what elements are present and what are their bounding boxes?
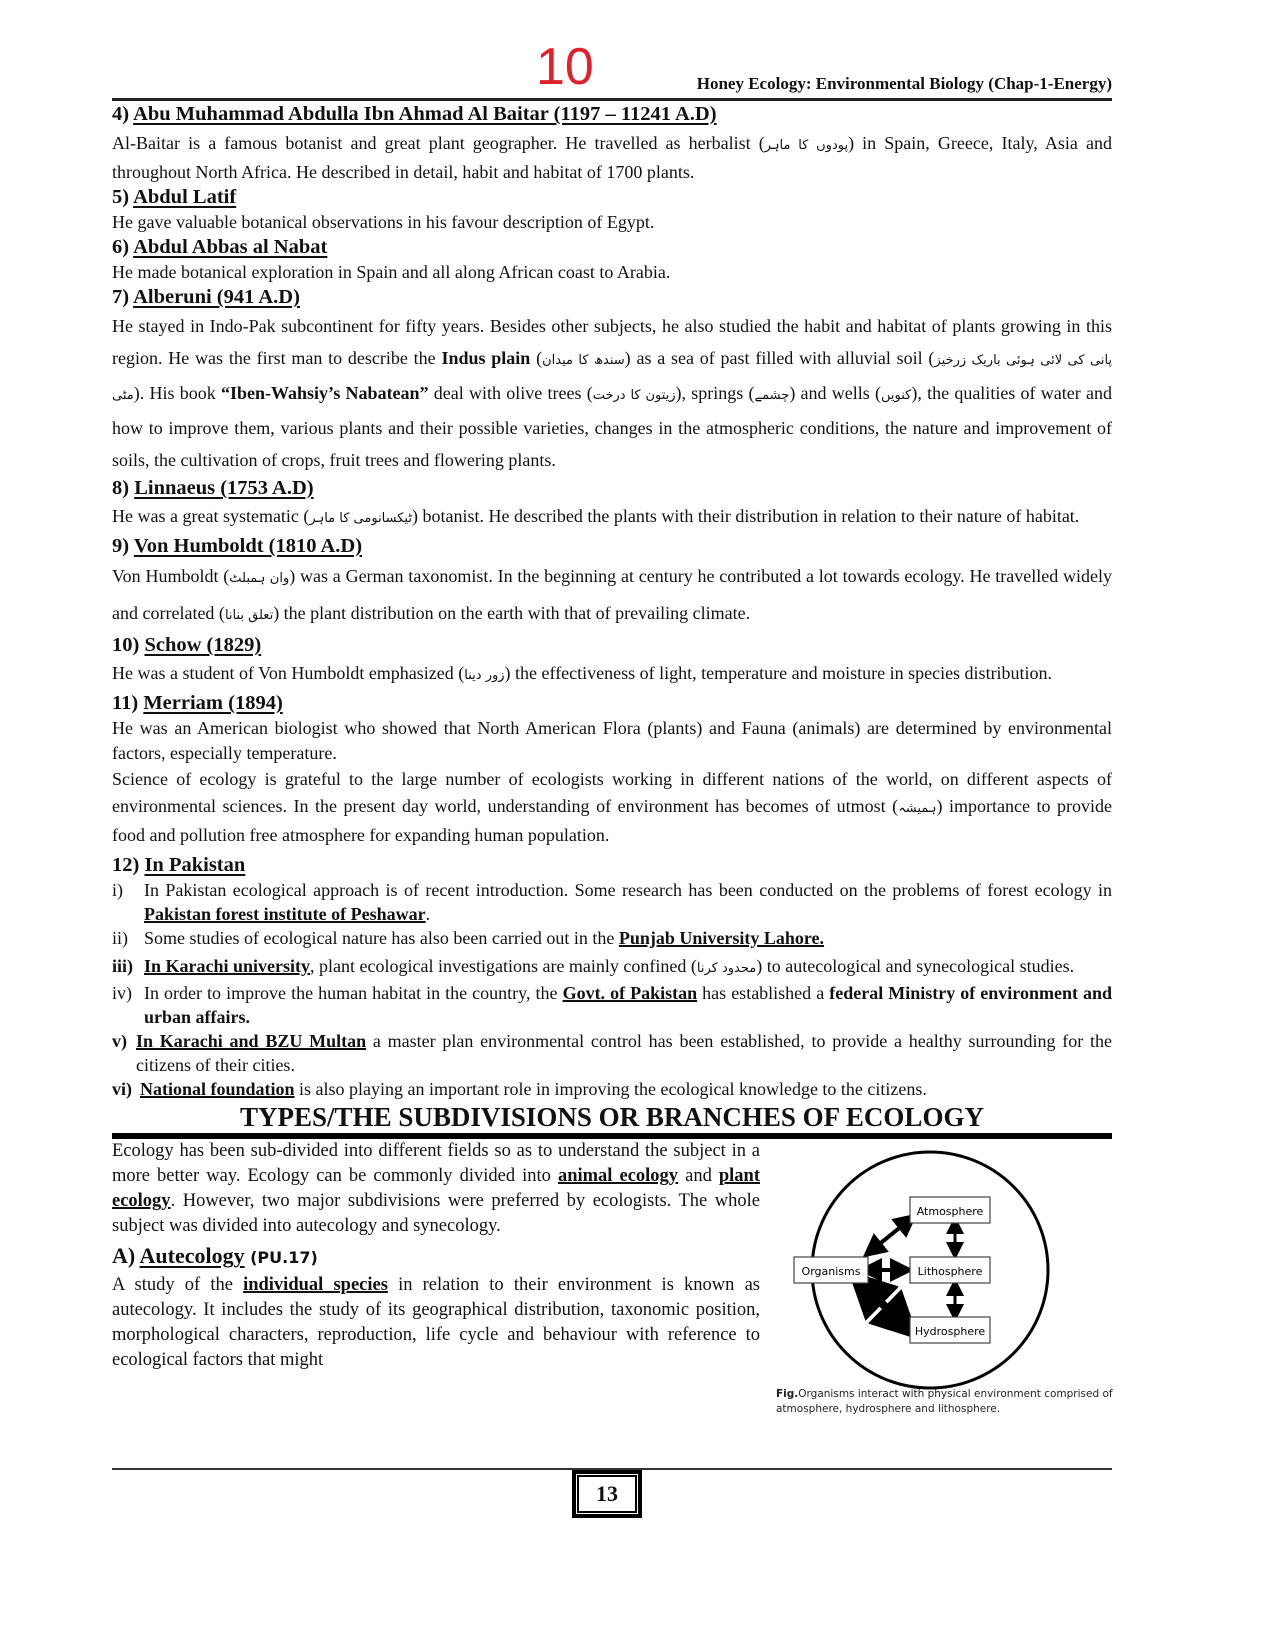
urdu-gloss: تعلق بنانا <box>225 608 273 623</box>
section-body-schow: He was a student of Von Humboldt emphasi… <box>112 658 1112 691</box>
urdu-gloss: ہمیشہ <box>898 801 936 816</box>
section-heading-schow: 10) Schow (1829) <box>112 633 1112 658</box>
types-text-column: Ecology has been sub-divided into differ… <box>112 1139 760 1373</box>
section-heading-abdul-abbas: 6) Abdul Abbas al Nabat <box>112 235 1112 260</box>
section-heading-alberuni: 7) Alberuni (941 A.D) <box>112 285 1112 310</box>
urdu-gloss: سندھ کا میدان <box>542 353 625 368</box>
section-body-abdul-abbas: He made botanical exploration in Spain a… <box>112 260 1112 285</box>
main-content: 4) Abu Muhammad Abdulla Ibn Ahmad Al Bai… <box>112 102 1112 1373</box>
box-hydrosphere: Hydrosphere <box>915 1325 986 1338</box>
types-intro: Ecology has been sub-divided into differ… <box>112 1139 760 1239</box>
running-title: Honey Ecology: Environmental Biology (Ch… <box>697 74 1112 94</box>
figure-caption: Fig.Organisms interact with physical env… <box>776 1387 1116 1417</box>
ecosystem-interaction-diagram: Organisms Atmosphere Lithosphere Hydrosp… <box>780 1145 1100 1395</box>
section-title-types-of-ecology: TYPES/THE SUBDIVISIONS OR BRANCHES OF EC… <box>112 1101 1112 1133</box>
section-body-linnaeus: He was a great systematic (ٹیکسانومی کا … <box>112 501 1112 534</box>
box-organisms: Organisms <box>802 1265 861 1278</box>
section-body-abdul-latif: He gave valuable botanical observations … <box>112 210 1112 235</box>
section-heading-linnaeus: 8) Linnaeus (1753 A.D) <box>112 476 1112 501</box>
section-body-alberuni: He stayed in Indo-Pak subcontinent for f… <box>112 310 1112 476</box>
section-heading-von-humboldt: 9) Von Humboldt (1810 A.D) <box>112 534 1112 559</box>
page-number-box: 13 <box>572 1470 642 1518</box>
page-header: 10 Honey Ecology: Environmental Biology … <box>112 38 1112 96</box>
section-heading-al-baitar: 4) Abu Muhammad Abdulla Ibn Ahmad Al Bai… <box>112 102 1112 127</box>
urdu-gloss: زیتون کا درخت <box>593 388 676 403</box>
urdu-gloss: چشمے <box>755 388 790 403</box>
section-body-von-humboldt: Von Humboldt (وان ہمبلٹ) was a German ta… <box>112 559 1112 633</box>
box-atmosphere: Atmosphere <box>917 1205 984 1218</box>
list-item: ii) Some studies of ecological nature ha… <box>112 926 1112 950</box>
list-item: v) In Karachi and BZU Multan a master pl… <box>112 1029 1112 1077</box>
urdu-gloss: زور دینا <box>464 668 504 683</box>
figure-column: Organisms Atmosphere Lithosphere Hydrosp… <box>760 1139 1112 1373</box>
list-item: iii) In Karachi university, plant ecolog… <box>112 954 1112 981</box>
section-heading-in-pakistan: 12) In Pakistan <box>112 853 1112 878</box>
header-rule <box>112 98 1112 101</box>
types-two-column: Ecology has been sub-divided into differ… <box>112 1139 1112 1373</box>
section-body-merriam: He was an American biologist who showed … <box>112 716 1112 766</box>
section-heading-abdul-latif: 5) Abdul Latif <box>112 185 1112 210</box>
urdu-gloss: وان ہمبلٹ <box>229 571 289 586</box>
list-item: iv) In order to improve the human habita… <box>112 981 1112 1029</box>
subheading-autecology: A) Autecology (PU.17) <box>112 1241 760 1273</box>
chapter-page-label: 10 <box>536 38 594 96</box>
urdu-gloss: ٹیکسانومی کا ماہر <box>309 511 412 526</box>
urdu-gloss: کنویں <box>881 388 911 403</box>
section-body-al-baitar: Al-Baitar is a famous botanist and great… <box>112 130 1112 185</box>
list-item: i) In Pakistan ecological approach is of… <box>112 878 1112 926</box>
page-number: 13 <box>577 1475 637 1513</box>
section-heading-merriam: 11) Merriam (1894) <box>112 691 1112 716</box>
section-body-ecology-gratitude: Science of ecology is grateful to the la… <box>112 766 1112 849</box>
urdu-gloss: محدود کرنا <box>697 961 756 976</box>
urdu-gloss: پودوں کا ماہر <box>765 138 848 153</box>
list-item: vi) National foundation is also playing … <box>112 1077 1112 1101</box>
box-lithosphere: Lithosphere <box>918 1265 983 1278</box>
autecology-body: A study of the individual species in rel… <box>112 1273 760 1373</box>
